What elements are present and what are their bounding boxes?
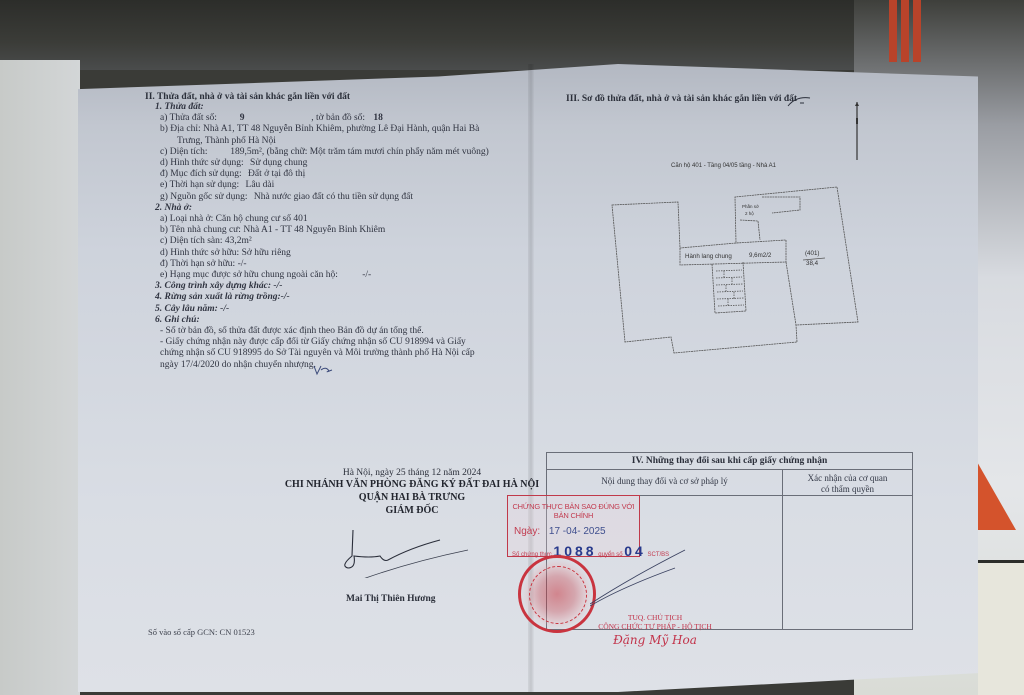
house-type-value: Căn hộ chung cư số 401 bbox=[216, 214, 308, 224]
background-left bbox=[0, 60, 80, 695]
plan-label-corridor: Hành lang chung bbox=[685, 253, 732, 260]
plan-caption: Căn hộ 401 - Tầng 04/05 tầng - Nhà A1 bbox=[671, 163, 776, 169]
section-iii-title: III. Sơ đồ thửa đất, nhà ở và tài sản kh… bbox=[566, 94, 866, 104]
forest: 4. Rừng sản xuất là rừng trồng:-/- bbox=[145, 292, 525, 303]
use-form-label: d) Hình thức sử dụng: bbox=[160, 158, 244, 168]
signer-role: GIÁM ĐỐC bbox=[278, 504, 546, 517]
changes-table-title: IV. Những thay đổi sau khi cấp giấy chứn… bbox=[547, 453, 912, 470]
issue-date: Hà Nội, ngày 25 tháng 12 năm 2024 bbox=[278, 468, 546, 478]
plan-label-toilet: Phần sở bbox=[742, 204, 759, 209]
purpose-value: Đất ở tại đô thị bbox=[248, 169, 305, 179]
official-name: Đặng Mỹ Hoa bbox=[585, 633, 725, 647]
house-heading: 2. Nhà ở: bbox=[145, 203, 525, 214]
plan-label-toilet-2: 2 hộ bbox=[745, 211, 754, 216]
confirmation-header-line1: Xác nhận của cơ quan bbox=[783, 473, 912, 484]
address-row: b) Địa chỉ: Nhà A1, TT 48 Nguyễn Bỉnh Kh… bbox=[145, 124, 525, 135]
term-row: e) Thời hạn sử dụng: Lâu dài bbox=[145, 180, 525, 191]
note-1: - Số tờ bản đồ, số thửa đất được xác địn… bbox=[145, 326, 525, 337]
initial-mark bbox=[312, 362, 334, 376]
use-form-value: Sử dụng chung bbox=[250, 158, 307, 168]
term-value: Lâu dài bbox=[246, 180, 275, 190]
plan-label-unit-area: 38,4 bbox=[806, 260, 818, 267]
plan-label-corridor-area: 9,6m2/2 bbox=[749, 252, 771, 259]
own-term-value: -/- bbox=[238, 259, 247, 269]
plan-label-unit: (401) bbox=[805, 250, 819, 257]
official-signature-block: TUQ. CHỦ TỊCH CÔNG CHỨC TƯ PHÁP - HỘ TỊC… bbox=[585, 613, 725, 647]
stamp-header: CHỨNG THỰC BẢN SAO ĐÚNG VỚI BẢN CHÍNH bbox=[508, 502, 639, 520]
right-page: III. Sơ đồ thửa đất, nhà ở và tài sản kh… bbox=[566, 94, 866, 104]
address-line1: Nhà A1, TT 48 Nguyễn Bỉnh Khiêm, phường … bbox=[203, 124, 479, 134]
floor-area-value: 43,2m² bbox=[225, 236, 252, 246]
section-ii-title: II. Thửa đất, nhà ở và tài sản khác gắn … bbox=[145, 92, 525, 102]
house-type-row: a) Loại nhà ở: Căn hộ chung cư số 401 bbox=[145, 214, 525, 225]
area-label: c) Diện tích: bbox=[160, 147, 207, 157]
confirmation-column-header: Xác nhận của cơ quan có thẩm quyền bbox=[783, 470, 912, 496]
origin-row: g) Nguồn gốc sử dụng: Nhà nước giao đất … bbox=[145, 192, 525, 203]
background-panel bbox=[978, 560, 1024, 695]
common-items-label: e) Hạng mục được sở hữu chung ngoài căn … bbox=[160, 270, 338, 280]
term-label: e) Thời hạn sử dụng: bbox=[160, 180, 239, 190]
parcel-label: a) Thửa đất số: bbox=[160, 113, 217, 123]
confirmation-column: Xác nhận của cơ quan có thẩm quyền bbox=[783, 470, 912, 629]
purpose-label: đ) Mục đích sử dụng: bbox=[160, 169, 242, 179]
official-title-2: CÔNG CHỨC TƯ PHÁP - HỘ TỊCH bbox=[585, 622, 725, 631]
registry-number: Số vào sổ cấp GCN: CN 01523 bbox=[148, 627, 255, 637]
floor-plan-diagram bbox=[600, 185, 870, 360]
origin-label: g) Nguồn gốc sử dụng: bbox=[160, 192, 247, 202]
building-label: b) Tên nhà chung cư: bbox=[160, 225, 241, 235]
address-label: b) Địa chỉ: bbox=[160, 124, 201, 134]
other-works: 3. Công trình xây dựng khác: -/- bbox=[145, 281, 525, 292]
address-line2: Trưng, Thành phố Hà Nội bbox=[145, 136, 525, 147]
parcel-no: 9 bbox=[240, 113, 245, 123]
use-form-row: d) Hình thức sử dụng: Sử dụng chung bbox=[145, 158, 525, 169]
floor-area-row: c) Diện tích sàn: 43,2m² bbox=[145, 236, 525, 247]
note-2-line1: - Giấy chứng nhận này được cấp đổi từ Gi… bbox=[145, 337, 525, 348]
own-term-label: đ) Thời hạn sở hữu: bbox=[160, 259, 235, 269]
signature-block: Hà Nội, ngày 25 tháng 12 năm 2024 CHI NH… bbox=[278, 468, 546, 517]
house-type-label: a) Loại nhà ở: bbox=[160, 214, 213, 224]
stamp-date-label: Ngày: bbox=[514, 526, 540, 537]
initial-mark bbox=[786, 94, 812, 108]
official-signature bbox=[590, 548, 690, 608]
common-items-row: e) Hạng mục được sở hữu chung ngoài căn … bbox=[145, 270, 525, 281]
note-2-line2: chứng nhận số CU 918995 do Sở Tài nguyên… bbox=[145, 348, 525, 359]
origin-value: Nhà nước giao đất có thu tiền sử dụng đấ… bbox=[254, 192, 413, 202]
left-page: II. Thửa đất, nhà ở và tài sản khác gắn … bbox=[145, 92, 525, 371]
signer-name: Mai Thị Thiên Hương bbox=[346, 594, 436, 604]
issuing-org-line2: QUẬN HAI BÀ TRƯNG bbox=[278, 491, 546, 504]
official-title-1: TUQ. CHỦ TỊCH bbox=[585, 613, 725, 622]
parcel-row: a) Thửa đất số: 9 , tờ bản đồ số: 18 bbox=[145, 113, 525, 124]
area-row: c) Diện tích: 189,5m², (bằng chữ: Một tr… bbox=[145, 147, 525, 158]
note-2-line3: ngày 17/4/2020 do nhận chuyển nhượng. bbox=[145, 360, 525, 371]
map-sheet-no: 18 bbox=[373, 113, 383, 123]
director-signature bbox=[340, 528, 470, 578]
red-stripes-decoration bbox=[889, 0, 925, 62]
map-sheet-label: , tờ bản đồ số: bbox=[311, 113, 365, 123]
floor-area-label: c) Diện tích sàn: bbox=[160, 236, 223, 246]
common-items-value: -/- bbox=[362, 270, 371, 280]
notes-heading: 6. Ghi chú: bbox=[145, 315, 525, 326]
land-heading: 1. Thửa đất: bbox=[145, 102, 525, 113]
ownership-row: d) Hình thức sở hữu: Sở hữu riêng bbox=[145, 248, 525, 259]
ownership-value: Sở hữu riêng bbox=[242, 248, 291, 258]
perennial-trees: 5. Cây lâu năm: -/- bbox=[145, 304, 525, 315]
building-value: Nhà A1 - TT 48 Nguyễn Bỉnh Khiêm bbox=[243, 225, 385, 235]
purpose-row: đ) Mục đích sử dụng: Đất ở tại đô thị bbox=[145, 169, 525, 180]
north-arrow-icon bbox=[855, 102, 859, 162]
stamp-date-value: 17 -04- 2025 bbox=[549, 526, 606, 537]
area-value: 189,5m², (bằng chữ: Một trăm tám mươi ch… bbox=[230, 147, 489, 157]
building-row: b) Tên nhà chung cư: Nhà A1 - TT 48 Nguy… bbox=[145, 225, 525, 236]
confirmation-header-line2: có thẩm quyền bbox=[783, 484, 912, 495]
stamp-date-row: Ngày: 17 -04- 2025 bbox=[514, 526, 639, 537]
changes-column-header: Nội dung thay đổi và cơ sở pháp lý bbox=[547, 470, 782, 496]
ownership-label: d) Hình thức sở hữu: bbox=[160, 248, 239, 258]
own-term-row: đ) Thời hạn sở hữu: -/- bbox=[145, 259, 525, 270]
issuing-org-line1: CHI NHÁNH VĂN PHÒNG ĐĂNG KÝ ĐẤT ĐAI HÀ N… bbox=[278, 478, 546, 491]
